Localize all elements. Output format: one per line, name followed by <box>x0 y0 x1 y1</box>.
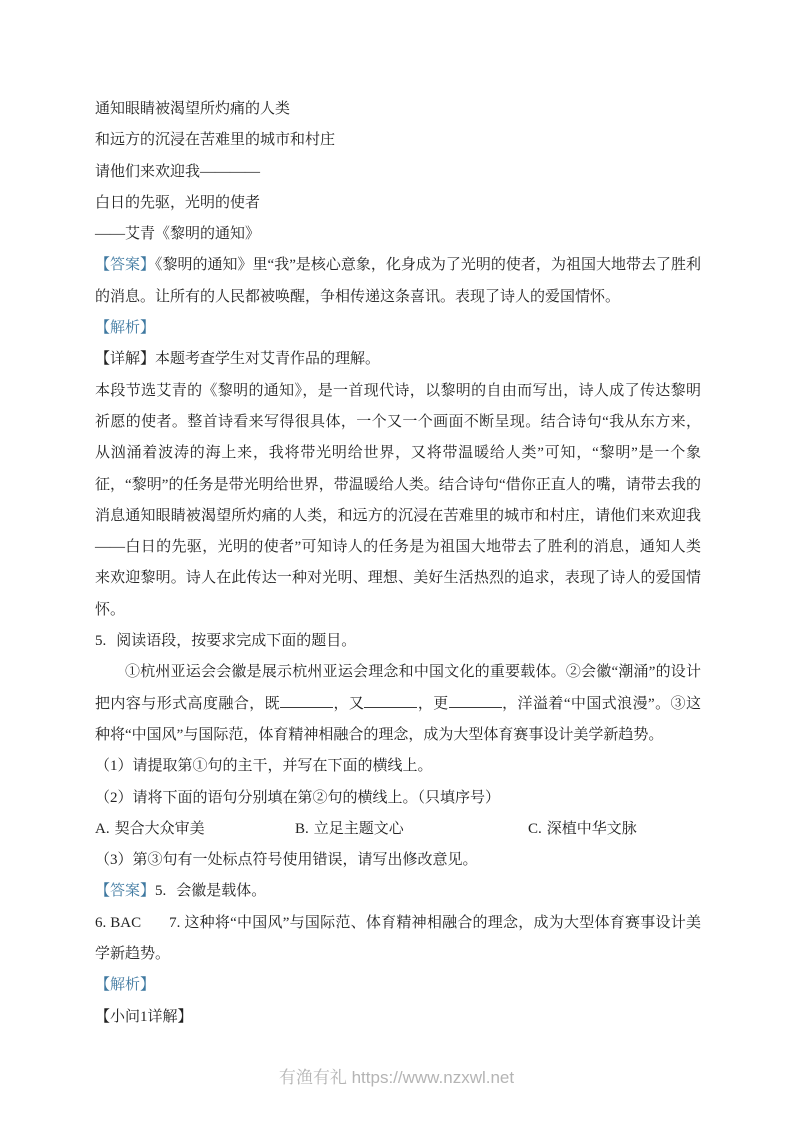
option-row: A.契合大众审美 B.立足主题文心 C.深植中华文脉 <box>95 814 701 845</box>
detail-heading: 【详解】本题考查学生对艾青作品的理解。 <box>95 344 701 375</box>
answer-6-text: 6. BAC <box>95 915 141 931</box>
answer-5-text: 会徽是载体。 <box>176 883 266 899</box>
option-b-text: 立足主题文心 <box>314 821 404 837</box>
answer-6-7-paragraph: 6. BAC7. 这种将“中国风”与国际范、体育精神相融合的理念，成为大型体育赛… <box>95 908 701 971</box>
fill-in-blank-3 <box>449 692 502 708</box>
answer-7-text: 7. 这种将“中国风”与国际范、体育精神相融合的理念，成为大型体育赛事设计美学新… <box>95 915 701 962</box>
option-a-label: A. <box>95 821 110 837</box>
answer-label: 【答案】 <box>95 257 155 273</box>
answer-paragraph-q5: 【答案】5.会徽是载体。 <box>95 876 701 907</box>
fill-in-blank-2 <box>364 692 417 708</box>
answer-5-number: 5. <box>155 883 166 899</box>
poem-line-4: 白日的先驱，光明的使者 <box>95 188 701 219</box>
question-5-prompt: 阅读语段，按要求完成下面的题目。 <box>116 633 356 649</box>
sub-question-2: （2）请将下面的语句分别填在第②句的横线上。（只填序号） <box>95 783 701 814</box>
analysis-heading-2: 【解析】 <box>95 970 701 1001</box>
detail-label: 【详解】 <box>95 351 155 367</box>
question-5-passage: ①杭州亚运会会徽是展示杭州亚运会理念和中国文化的重要载体。②会徽“潮涌”的设计把… <box>95 657 701 751</box>
question-5-heading: 5.阅读语段，按要求完成下面的题目。 <box>95 626 701 657</box>
document-page: 通知眼睛被渴望所灼痛的人类 和远方的沉浸在苦难里的城市和村庄 请他们来欢迎我——… <box>0 0 793 1122</box>
answer-paragraph-poem: 【答案】《黎明的通知》里“我”是核心意象，化身成为了光明的使者，为祖国大地带去了… <box>95 250 701 313</box>
sub-question-3: （3）第③句有一处标点符号使用错误，请写出修改意见。 <box>95 845 701 876</box>
option-c-text: 深植中华文脉 <box>547 821 637 837</box>
subquestion-1-detail-heading: 【小问1详解】 <box>95 1002 701 1033</box>
answer-text: 《黎明的通知》里“我”是核心意象，化身成为了光明的使者，为祖国大地带去了胜利的消… <box>95 257 701 304</box>
option-b: B.立足主题文心 <box>295 814 528 845</box>
answer-label-q5: 【答案】 <box>95 883 155 899</box>
sub-question-1: （1）请提取第①句的主干，并写在下面的横线上。 <box>95 751 701 782</box>
option-a: A.契合大众审美 <box>95 814 295 845</box>
poem-attribution: ——艾青《黎明的通知》 <box>95 219 701 250</box>
footer-watermark: 有渔有礼 https://www.nzxwl.net <box>0 1062 793 1093</box>
page-content: 通知眼睛被渴望所灼痛的人类 和远方的沉浸在苦难里的城市和村庄 请他们来欢迎我——… <box>95 94 701 1033</box>
option-c: C.深植中华文脉 <box>528 814 701 845</box>
question-5-number: 5. <box>95 633 106 649</box>
passage-part-2: ，又 <box>333 696 364 712</box>
option-c-label: C. <box>528 821 542 837</box>
passage-part-3: ，更 <box>417 696 448 712</box>
option-b-label: B. <box>295 821 309 837</box>
option-a-text: 契合大众审美 <box>115 821 205 837</box>
poem-line-2: 和远方的沉浸在苦难里的城市和村庄 <box>95 125 701 156</box>
fill-in-blank-1 <box>280 692 333 708</box>
analysis-label: 【解析】 <box>95 320 155 336</box>
analysis-heading: 【解析】 <box>95 313 701 344</box>
poem-line-1: 通知眼睛被渴望所灼痛的人类 <box>95 94 701 125</box>
poem-line-3: 请他们来欢迎我———— <box>95 157 701 188</box>
analysis-label-2: 【解析】 <box>95 977 155 993</box>
detail-body: 本段节选艾青的《黎明的通知》，是一首现代诗，以黎明的自由而写出，诗人成了传达黎明… <box>95 376 701 626</box>
detail-intro: 本题考查学生对艾青作品的理解。 <box>155 351 380 367</box>
